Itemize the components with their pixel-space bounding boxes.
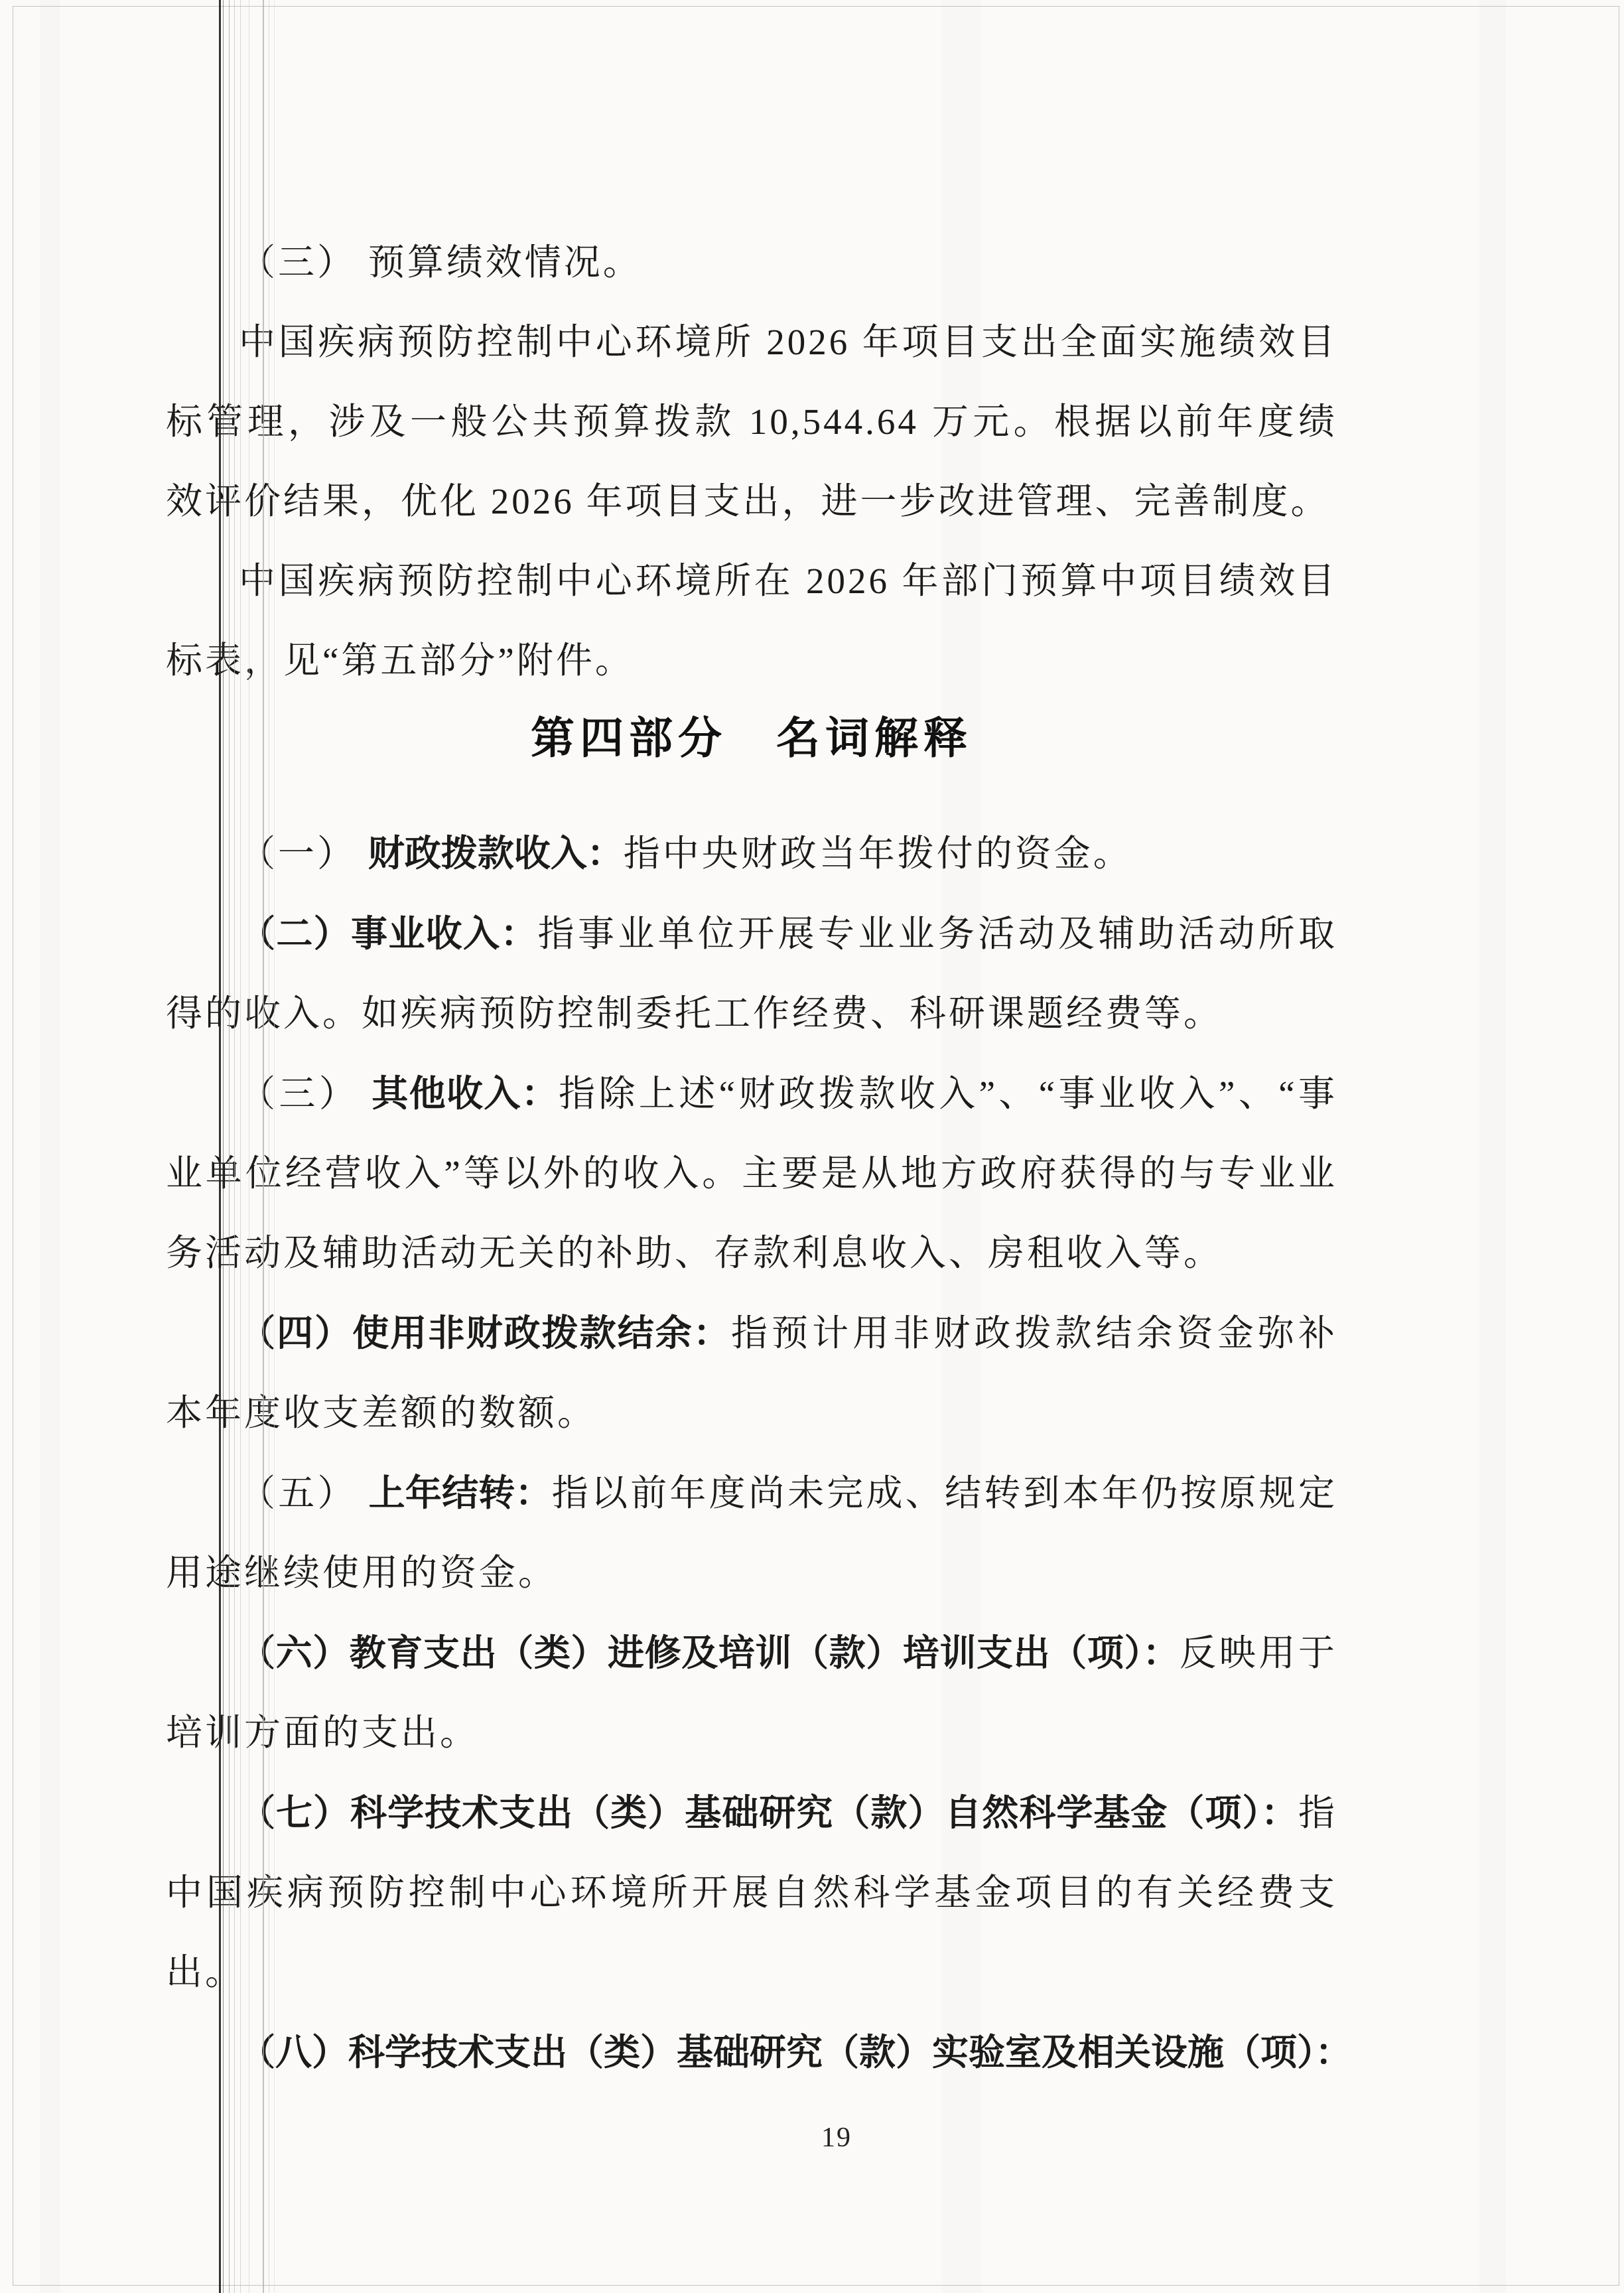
text-run: 中国疾病预防控制中心环境所在 2026 年部门预算中项目绩效目标表，见“第五部分… (166, 561, 1337, 681)
paragraph-budget-performance-status: （三） 预算绩效情况。 (166, 223, 1337, 303)
definition-science-laboratory-facilities: （八）科学技术支出（类）基础研究（款）实验室及相关设施（项）： (166, 2012, 1337, 2093)
definition-term: （六）教育支出（类）进修及培训（款）培训支出（项）： (239, 1632, 1180, 1673)
definition-prior-year-carryforward: （五） 上年结转：指以前年度尚未完成、结转到本年仍按原规定用途继续使用的资金。 (166, 1453, 1337, 1613)
section-heading: 第四部分 名词解释 (166, 705, 1337, 771)
definition-use-of-non-fiscal-carryover: （四）使用非财政拨款结余：指预计用非财政拨款结余资金弥补本年度收支差额的数额。 (166, 1293, 1337, 1453)
scan-streak (40, 0, 60, 2293)
definition-term: （二）事业收入： (239, 913, 538, 954)
page-number: 19 (821, 2122, 852, 2154)
definition-other-income: （三） 其他收入：指除上述“财政拨款收入”、“事业收入”、“事业单位经营收入”等… (166, 1054, 1337, 1293)
definition-fiscal-appropriation-income: （一） 财政拨款收入：指中央财政当年拨付的资金。 (166, 813, 1337, 894)
definition-term: 财政拨款收入： (368, 833, 624, 874)
text-run: 中国疾病预防控制中心环境所 2026 年项目支出全面实施绩效目标管理，涉及一般公… (166, 322, 1337, 521)
definition-institutional-income: （二）事业收入：指事业单位开展专业业务活动及辅助活动所取得的收入。如疾病预防控制… (166, 894, 1337, 1054)
text-run: （一） (239, 833, 368, 874)
scan-streak (1479, 0, 1506, 2293)
text-run: 指中央财政当年拨付的资金。 (624, 833, 1132, 874)
definition-term: 上年结转： (369, 1472, 552, 1513)
paragraph-performance-target-tables: 中国疾病预防控制中心环境所在 2026 年部门预算中项目绩效目标表，见“第五部分… (166, 541, 1337, 701)
document-body: （三） 预算绩效情况。中国疾病预防控制中心环境所 2026 年项目支出全面实施绩… (166, 223, 1337, 2093)
definitions-section: （一） 财政拨款收入：指中央财政当年拨付的资金。（二）事业收入：指事业单位开展专… (166, 813, 1337, 2093)
intro-section: （三） 预算绩效情况。中国疾病预防控制中心环境所 2026 年项目支出全面实施绩… (166, 223, 1337, 701)
definition-term: （七）科学技术支出（类）基础研究（款）自然科学基金（项）： (239, 1792, 1298, 1833)
text-run: （三） 预算绩效情况。 (239, 242, 642, 283)
definition-science-natural-science-fund: （七）科学技术支出（类）基础研究（款）自然科学基金（项）：指中国疾病预防控制中心… (166, 1773, 1337, 2012)
paragraph-performance-target-management: 中国疾病预防控制中心环境所 2026 年项目支出全面实施绩效目标管理，涉及一般公… (166, 303, 1337, 541)
definition-term: 其他收入： (372, 1073, 559, 1114)
definition-term: （四）使用非财政拨款结余： (239, 1312, 731, 1354)
text-run: （三） (239, 1074, 372, 1114)
definition-term: （八）科学技术支出（类）基础研究（款）实验室及相关设施（项）： (239, 2032, 1352, 2073)
text-run: （五） (239, 1473, 369, 1513)
definition-education-training-expenditure: （六）教育支出（类）进修及培训（款）培训支出（项）：反映用于培训方面的支出。 (166, 1613, 1337, 1773)
